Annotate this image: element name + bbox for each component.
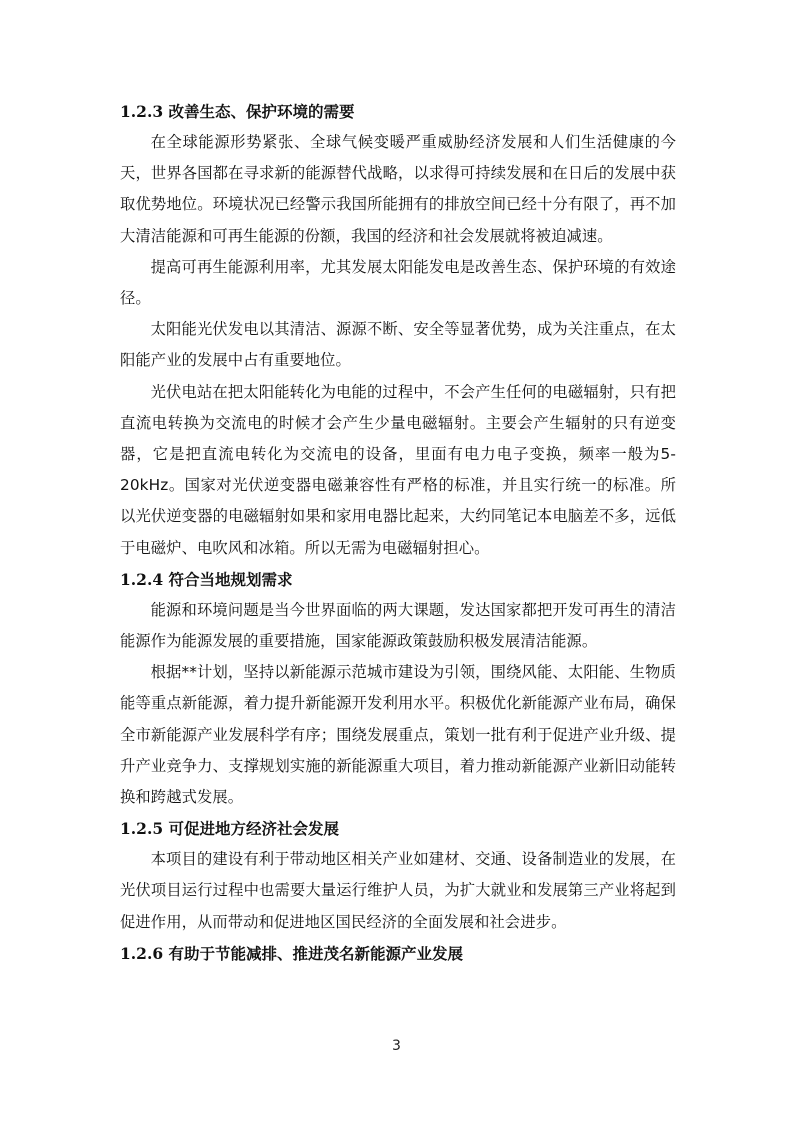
section-heading-1-2-4: 1.2.4 符合当地规划需求 bbox=[120, 564, 676, 595]
paragraph: 太阳能光伏发电以其清洁、源源不断、安全等显著优势，成为关注重点，在太阳能产业的发… bbox=[120, 314, 676, 376]
page-number: 3 bbox=[0, 1038, 793, 1054]
paragraph: 光伏电站在把太阳能转化为电能的过程中，不会产生任何的电磁辐射，只有把直流电转换为… bbox=[120, 377, 676, 564]
paragraph: 能源和环境问题是当今世界面临的两大课题，发达国家都把开发可再生的清洁能源作为能源… bbox=[120, 595, 676, 657]
section-heading-1-2-6: 1.2.6 有助于节能减排、推进茂名新能源产业发展 bbox=[120, 938, 676, 969]
paragraph: 本项目的建设有利于带动地区相关产业如建材、交通、设备制造业的发展，在光伏项目运行… bbox=[120, 844, 676, 938]
section-heading-1-2-5: 1.2.5 可促进地方经济社会发展 bbox=[120, 813, 676, 844]
section-heading-1-2-3: 1.2.3 改善生态、保护环境的需要 bbox=[120, 96, 676, 127]
paragraph: 在全球能源形势紧张、全球气候变暖严重威胁经济发展和人们生活健康的今天，世界各国都… bbox=[120, 127, 676, 252]
paragraph: 根据**计划，坚持以新能源示范城市建设为引领，围绕风能、太阳能、生物质能等重点新… bbox=[120, 657, 676, 813]
document-page: 1.2.3 改善生态、保护环境的需要 在全球能源形势紧张、全球气候变暖严重威胁经… bbox=[120, 96, 676, 969]
paragraph: 提高可再生能源利用率，尤其发展太阳能发电是改善生态、保护环境的有效途径。 bbox=[120, 252, 676, 314]
